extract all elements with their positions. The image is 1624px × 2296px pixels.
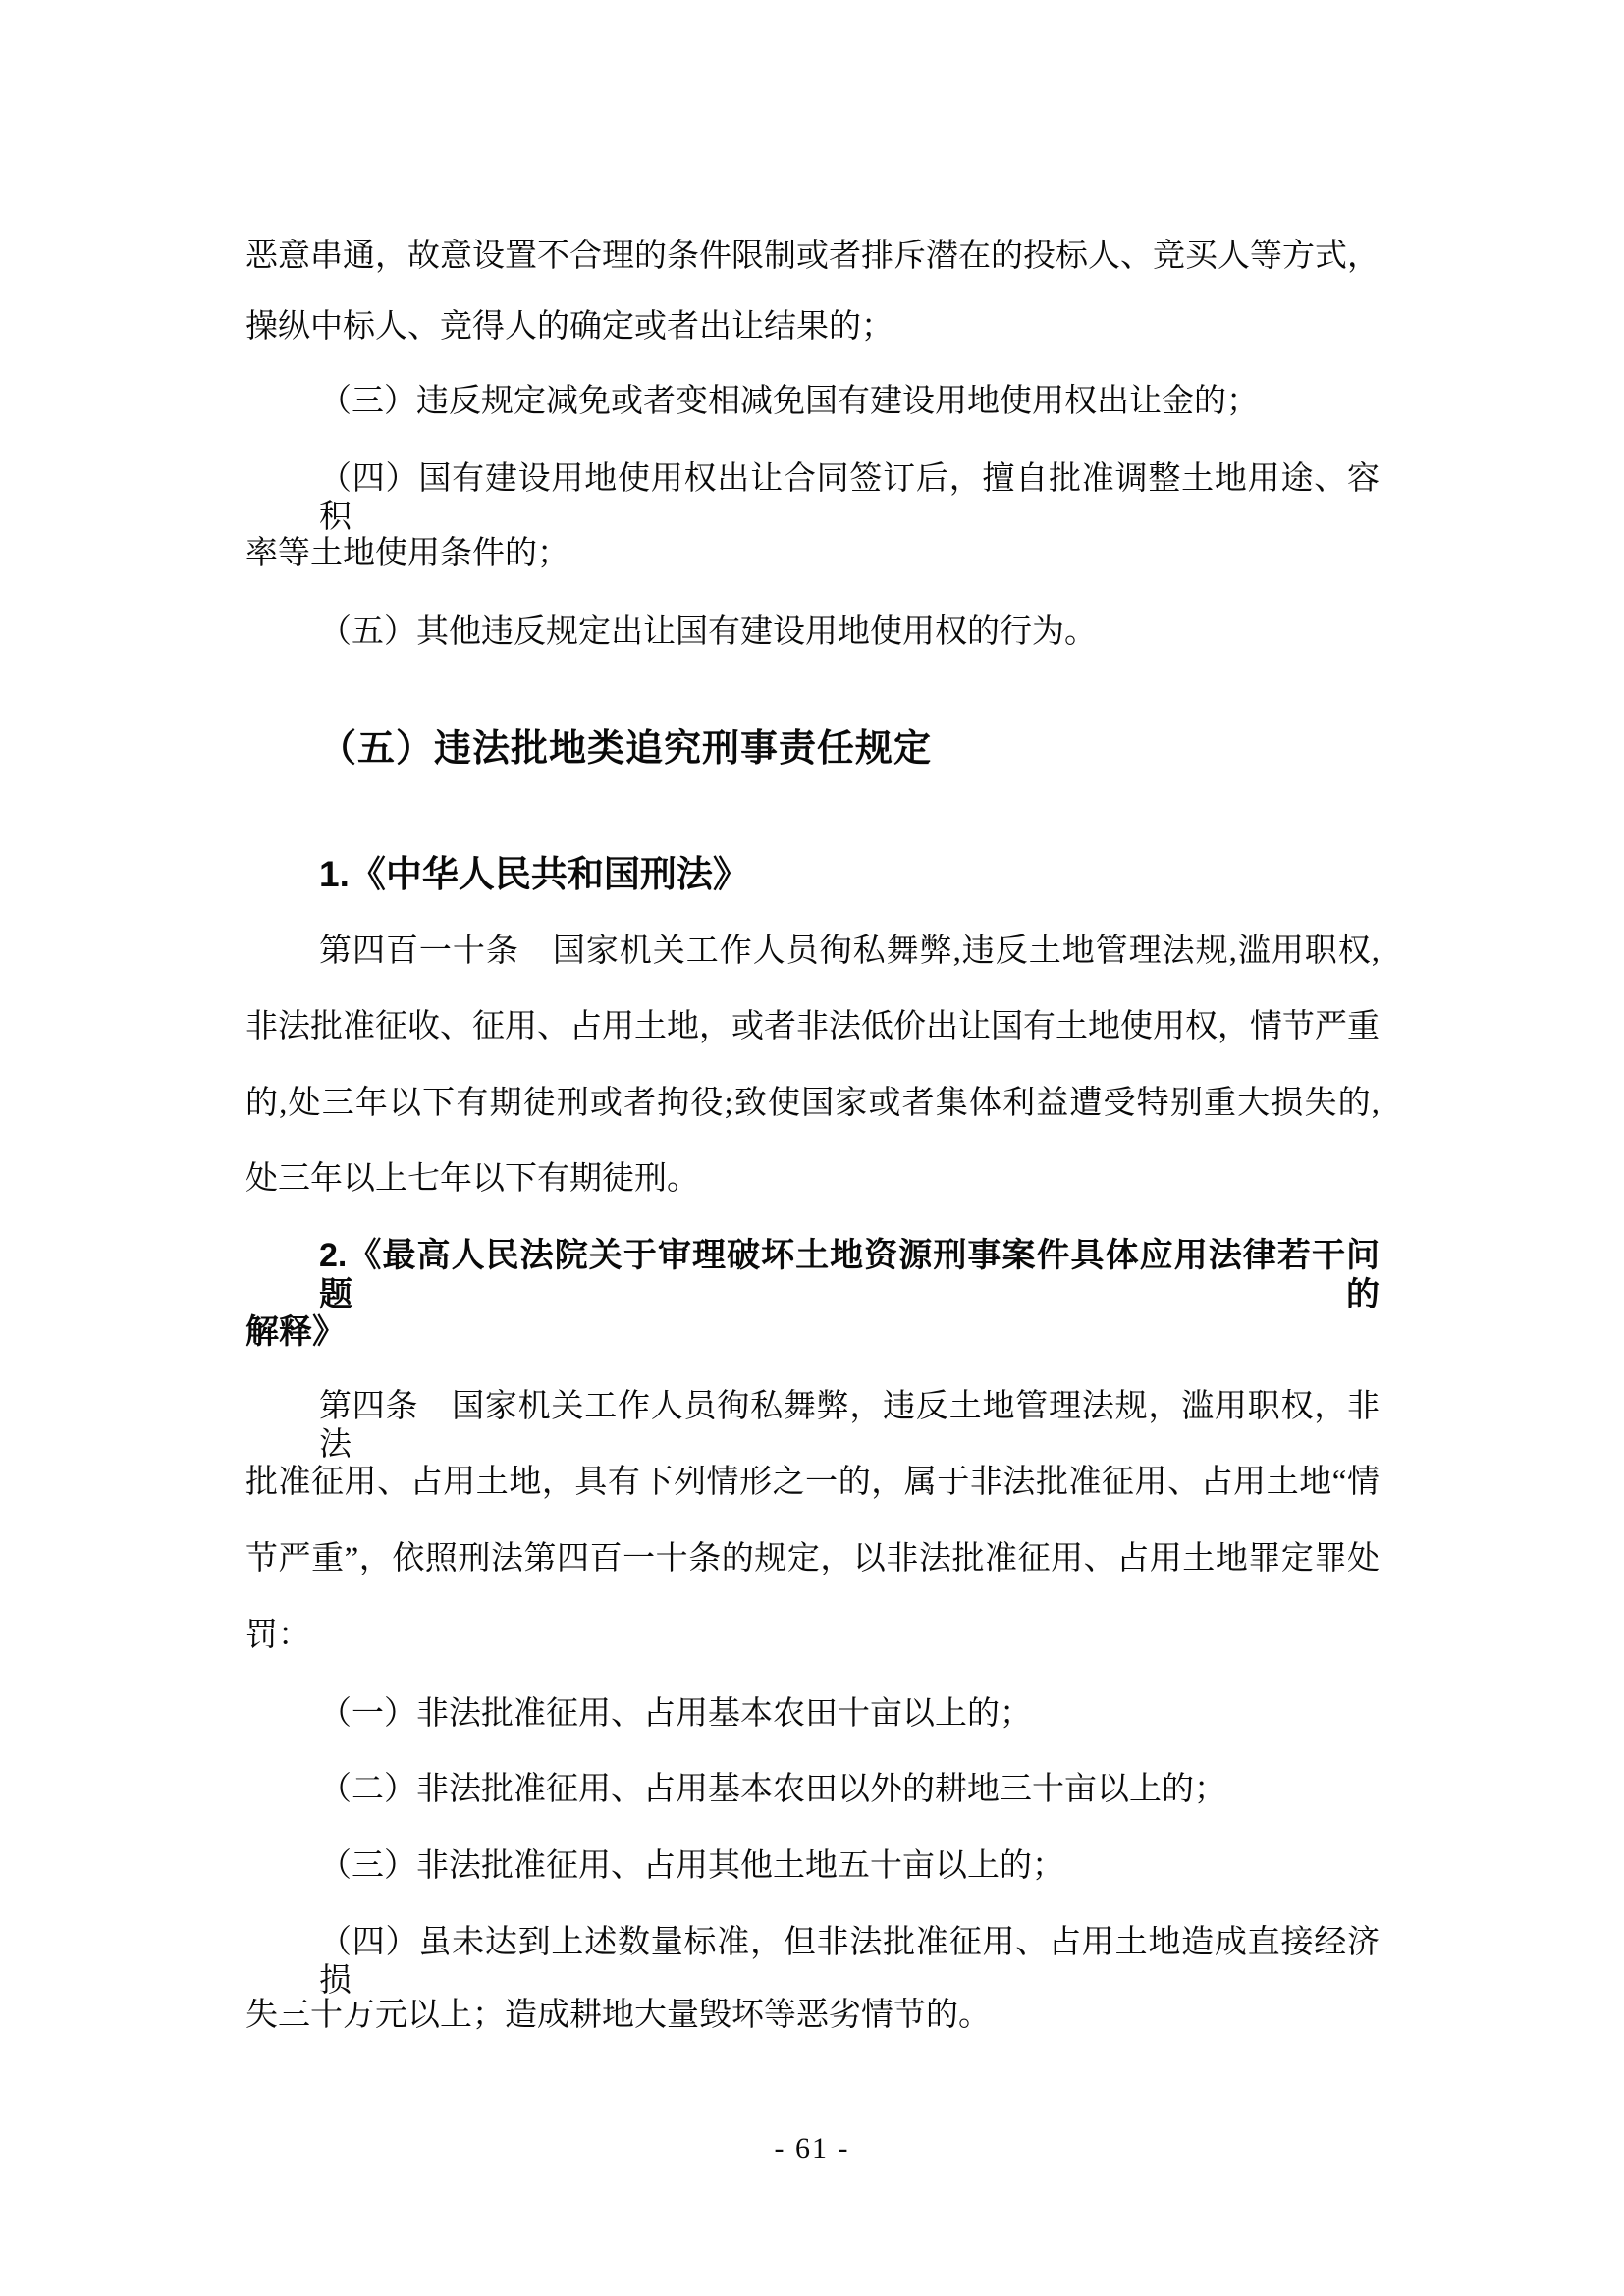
list-item-3b: （三）非法批准征用、占用其他土地五十亩以上的；: [319, 1847, 1380, 1886]
section-heading: （五）违法批地类追究刑事责任规定: [319, 727, 1380, 772]
body-line: 罚：: [245, 1617, 1380, 1655]
list-item-5: （五）其他违反规定出让国有建设用地使用权的行为。: [319, 614, 1380, 652]
body-line: 批准征用、占用土地，具有下列情形之一的，属于非法批准征用、占用土地“情: [245, 1464, 1380, 1502]
body-line: 失三十万元以上；造成耕地大量毁坏等恶劣情节的。: [245, 1997, 1380, 2035]
list-item-4b: （四）虽未达到上述数量标准，但非法批准征用、占用土地造成直接经济损: [319, 1924, 1380, 2001]
body-line: 非法批准征收、征用、占用土地，或者非法低价出让国有土地使用权，情节严重: [245, 1008, 1380, 1046]
body-line: 恶意串通，故意设置不合理的条件限制或者排斥潜在的投标人、竞买人等方式，: [245, 238, 1380, 276]
body-line: 操纵中标人、竞得人的确定或者出让结果的；: [245, 308, 1380, 347]
law-title-interpretation-cont: 解释》: [245, 1312, 1380, 1352]
body-line: 第四条 国家机关工作人员徇私舞弊，违反土地管理法规，滥用职权，非法: [319, 1388, 1380, 1465]
law-title-interpretation: 2.《最高人民法院关于审理破坏土地资源刑事案件具体应用法律若干问题的: [319, 1236, 1380, 1314]
body-line: 率等土地使用条件的；: [245, 535, 1380, 573]
page-number: - 61 -: [0, 2132, 1624, 2165]
document-page: 恶意串通，故意设置不合理的条件限制或者排斥潜在的投标人、竞买人等方式， 操纵中标…: [0, 0, 1624, 2296]
list-item-1: （一）非法批准征用、占用基本农田十亩以上的；: [319, 1695, 1380, 1734]
body-line: 处三年以上七年以下有期徒刑。: [245, 1160, 1380, 1199]
body-line: 的,处三年以下有期徒刑或者拘役;致使国家或者集体利益遭受特别重大损失的,: [245, 1085, 1380, 1123]
list-item-3: （三）违反规定减免或者变相减免国有建设用地使用权出让金的；: [319, 383, 1380, 421]
law-title-criminal-law: 1.《中华人民共和国刑法》: [319, 853, 1380, 896]
body-line: 节严重”，依照刑法第四百一十条的规定，以非法批准征用、占用土地罪定罪处: [245, 1540, 1380, 1578]
list-item-4: （四）国有建设用地使用权出让合同签订后，擅自批准调整土地用途、容积: [319, 460, 1380, 537]
body-line: 第四百一十条 国家机关工作人员徇私舞弊,违反土地管理法规,滥用职权,: [319, 933, 1380, 971]
list-item-2: （二）非法批准征用、占用基本农田以外的耕地三十亩以上的；: [319, 1771, 1380, 1809]
